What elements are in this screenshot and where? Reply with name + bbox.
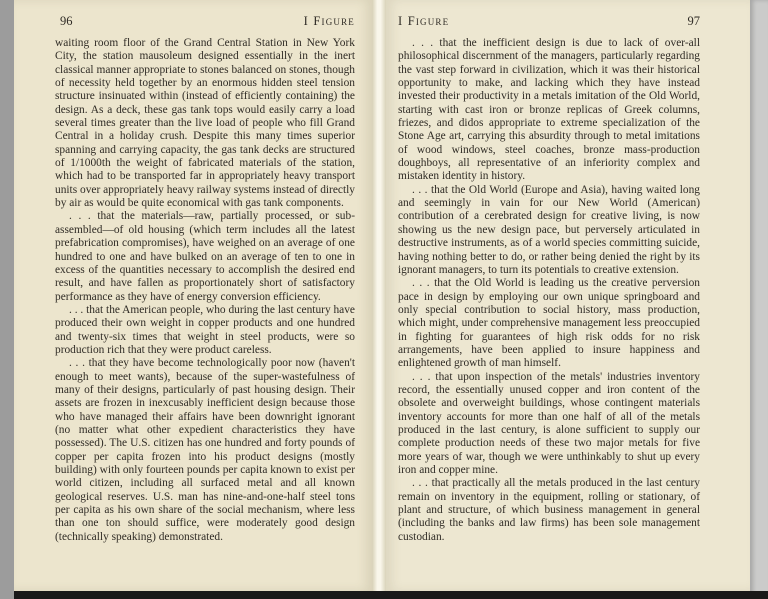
page-left: 96 I Figure waiting room floor of the Gr… bbox=[14, 0, 372, 591]
running-head-left: I Figure bbox=[304, 14, 355, 28]
scan-edge-bottom bbox=[14, 591, 768, 599]
paragraph: . . . that the materials—raw, partially … bbox=[55, 210, 355, 303]
page-body-right: . . . that the inefficient design is due… bbox=[398, 37, 700, 544]
page-right: I Figure 97 . . . that the inefficient d… bbox=[386, 0, 750, 591]
paragraph: . . . that the American people, who duri… bbox=[55, 304, 355, 357]
paragraph: . . . that practically all the metals pr… bbox=[398, 477, 700, 544]
scan-edge-left bbox=[0, 0, 14, 599]
page-header-right: I Figure 97 bbox=[398, 14, 700, 28]
paragraph: . . . that the inefficient design is due… bbox=[398, 37, 700, 184]
paragraph: . . . that the Old World (Europe and Asi… bbox=[398, 184, 700, 277]
page-number-left: 96 bbox=[60, 14, 73, 28]
paragraph: waiting room floor of the Grand Central … bbox=[55, 37, 355, 210]
page-header-left: 96 I Figure bbox=[55, 14, 355, 28]
paragraph: . . . that the Old World is leading us t… bbox=[398, 277, 700, 370]
book-spread-scan: 96 I Figure waiting room floor of the Gr… bbox=[0, 0, 768, 599]
scan-edge-right bbox=[750, 0, 768, 599]
page-body-left: waiting room floor of the Grand Central … bbox=[55, 37, 355, 544]
running-head-right: I Figure bbox=[398, 14, 449, 28]
page-number-right: 97 bbox=[688, 14, 701, 28]
paragraph: . . . that upon inspection of the metals… bbox=[398, 371, 700, 478]
page-gutter bbox=[372, 0, 386, 591]
paragraph: . . . that they have become technologica… bbox=[55, 357, 355, 544]
